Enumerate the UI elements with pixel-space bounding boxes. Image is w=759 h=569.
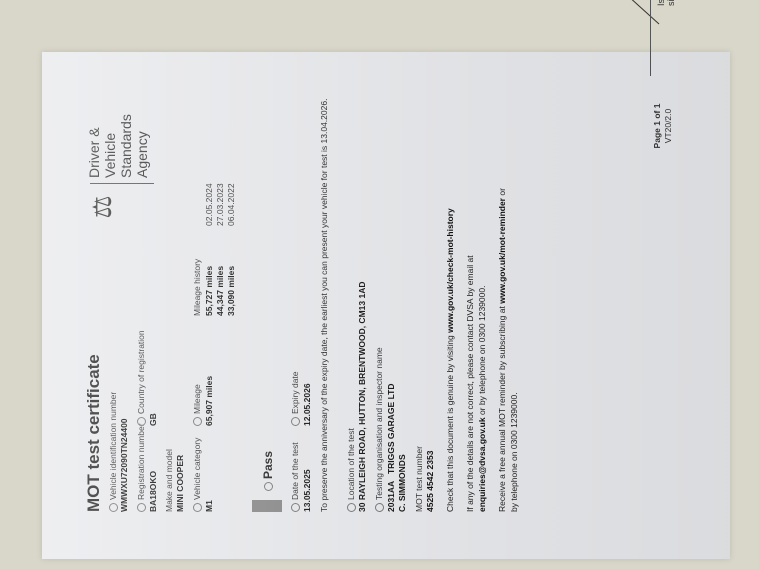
preserve-note: To preserve the anniversary of the expir… bbox=[318, 72, 330, 512]
page-footer: Page 1 of 1 VT20/2.0 bbox=[652, 86, 674, 166]
issuer-signature-label: Issuer signature bbox=[656, 0, 676, 6]
result-bar bbox=[252, 500, 282, 512]
mileage-history-date-2: 27.03.2023 bbox=[215, 183, 225, 226]
test-result: Pass bbox=[261, 450, 275, 490]
logo-divider bbox=[90, 183, 154, 184]
country-value: GB bbox=[148, 413, 158, 426]
registration-label: Registration number bbox=[136, 423, 146, 512]
agency-name: Driver & Vehicle Standards Agency bbox=[86, 84, 150, 178]
expiry-label: Expiry date bbox=[290, 371, 300, 426]
registration-value: BA18OKO bbox=[148, 470, 158, 511]
test-date-label: Date of the test bbox=[290, 442, 300, 512]
check-genuine-note: Check that this document is genuine by v… bbox=[444, 72, 456, 512]
vin-label: Vehicle identification number bbox=[108, 391, 118, 511]
reminder-note: Receive a free annual MOT reminder by su… bbox=[496, 182, 520, 512]
mot-reminder-link[interactable]: www.gov.uk/mot-reminder bbox=[497, 198, 507, 304]
location-label: Location of the test bbox=[346, 428, 356, 512]
mot-certificate-paper: MOT test certificate ⚖ Driver & Vehicle … bbox=[42, 52, 730, 559]
make-model-label: Make and model bbox=[164, 449, 174, 512]
vin-value: WMWXU72090TN24400 bbox=[119, 418, 129, 512]
mileage-label: Mileage bbox=[192, 384, 202, 426]
test-number-label: MOT test number bbox=[414, 446, 424, 512]
mileage-history-miles-3: 33,090 miles bbox=[226, 265, 236, 315]
check-mot-link[interactable]: www.gov.uk/check-mot-history bbox=[445, 208, 455, 333]
royal-crest-icon: ⚖ bbox=[86, 190, 118, 224]
contact-note: If any of the details are not correct, p… bbox=[464, 182, 488, 512]
category-value: M1 bbox=[204, 500, 214, 512]
location-value: 30 RAYLEIGH ROAD, HUTTON, BRENTWOOD, CM1… bbox=[357, 281, 367, 511]
mileage-history-label: Mileage history bbox=[192, 258, 202, 315]
mileage-history-date-1: 02.05.2024 bbox=[204, 183, 214, 226]
country-label: Country of registration bbox=[136, 330, 146, 426]
form-code: VT20/2.0 bbox=[663, 86, 674, 166]
page-number: Page 1 of 1 bbox=[652, 86, 663, 166]
test-date-value: 13.05.2025 bbox=[302, 469, 312, 512]
inspector-value: C. SIMMONDS bbox=[397, 454, 407, 512]
mileage-history-miles-1: 55,727 miles bbox=[204, 265, 214, 315]
org-label: Testing organisation and inspector name bbox=[374, 347, 384, 512]
org-value: 2031AA TRIGGS GARAGE LTD bbox=[386, 383, 396, 511]
document-title: MOT test certificate bbox=[84, 354, 104, 512]
mileage-history-date-3: 06.04.2022 bbox=[226, 183, 236, 226]
contact-email-link[interactable]: enquiries@dvsa.gov.uk bbox=[477, 417, 487, 512]
test-number-value: 4525 4542 2353 bbox=[425, 450, 435, 511]
signature-line bbox=[650, 0, 651, 76]
dvsa-logo: ⚖ Driver & Vehicle Standards Agency bbox=[82, 84, 182, 224]
certificate-page: MOT test certificate ⚖ Driver & Vehicle … bbox=[56, 66, 716, 546]
expiry-value: 12.05.2026 bbox=[302, 383, 312, 426]
make-model-value: MINI COOPER bbox=[175, 454, 185, 511]
category-label: Vehicle category bbox=[192, 437, 202, 511]
mileage-history-miles-2: 44,347 miles bbox=[215, 265, 225, 315]
mileage-value: 65,907 miles bbox=[204, 375, 214, 425]
issuer-signature-icon bbox=[611, 0, 661, 26]
